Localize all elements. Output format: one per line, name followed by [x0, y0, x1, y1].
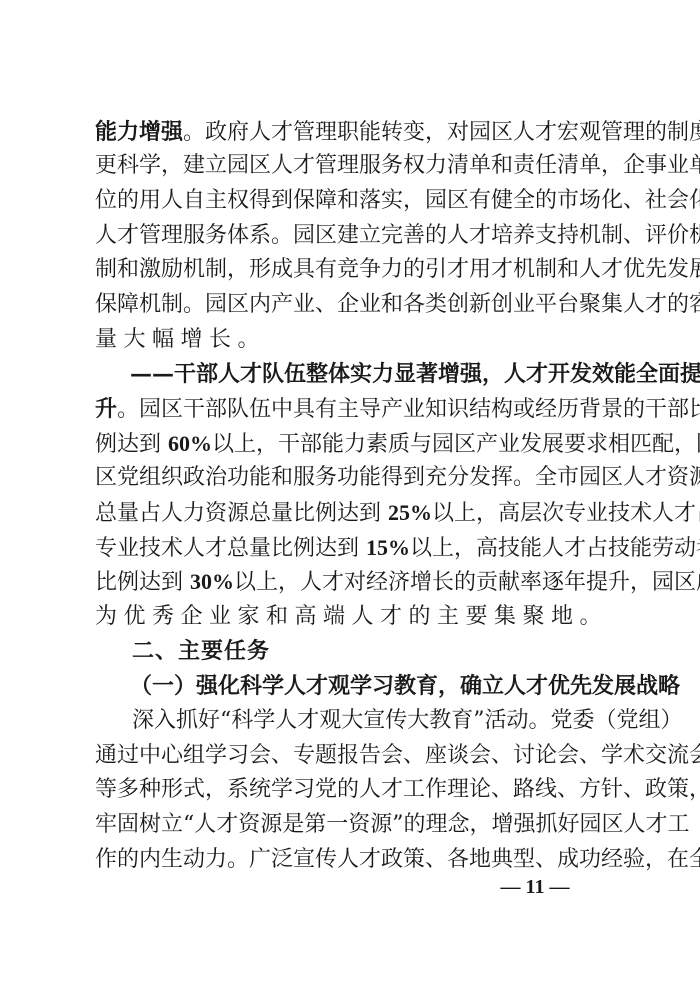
paragraph-line: 总量占人力资源总量比例达到 25%以上，高层次专业技术人才占 [95, 498, 612, 528]
body-text: 专业技术人才总量比例达到 [95, 536, 366, 561]
percentage-value: 30% [190, 569, 234, 594]
body-text: 以上，高层次专业技术人才占 [432, 501, 700, 526]
paragraph-line: 制和激励机制，形成具有竞争力的引才用才机制和人才优先发展 [95, 255, 612, 285]
body-text: 以上，人才对经济增长的贡献率逐年提升，园区成 [234, 570, 700, 595]
paragraph-line: 保障机制。园区内产业、企业和各类创新创业平台聚集人才的容 [95, 290, 612, 320]
body-text: 。政府人才管理职能转变，对园区人才宏观管理的制度 [183, 120, 700, 145]
paragraph-line: 位的用人自主权得到保障和落实，园区有健全的市场化、社会化 [95, 186, 612, 216]
paragraph-line: 通过中心组学习会、专题报告会、座谈会、讨论会、学术交流会 [95, 741, 612, 771]
document-page: 能力增强。政府人才管理职能转变，对园区人才宏观管理的制度 更科学，建立园区人才管… [0, 0, 700, 990]
percentage-value: 25% [388, 500, 432, 525]
paragraph-line: 升。园区干部队伍中具有主导产业知识结构或经历背景的干部比 [95, 394, 612, 424]
paragraph-line: 区党组织政治功能和服务功能得到充分发挥。全市园区人才资源 [95, 463, 612, 493]
paragraph-line: 更科学，建立园区人才管理服务权力清单和责任清单，企事业单 [95, 151, 612, 181]
paragraph-line: 牢固树立“人才资源是第一资源”的理念，增强抓好园区人才工 [95, 810, 612, 840]
paragraph-line-bold: ——干部人才队伍整体实力显著增强，人才开发效能全面提 [130, 359, 612, 389]
paragraph-line: 等多种形式，系统学习党的人才工作理论、路线、方针、政策， [95, 775, 612, 805]
paragraph-line: 能力增强。政府人才管理职能转变，对园区人才宏观管理的制度 [95, 117, 612, 147]
bold-lead-text: 能力增强 [95, 119, 183, 145]
section-heading: 二、主要任务 [132, 637, 612, 667]
paragraph-line: 比例达到 30%以上，人才对经济增长的贡献率逐年提升，园区成 [95, 567, 612, 597]
paragraph-line: 人才管理服务体系。园区建立完善的人才培养支持机制、评价机 [95, 221, 612, 251]
paragraph-line: 量大幅增长。 [95, 325, 612, 355]
body-text: 。园区干部队伍中具有主导产业知识结构或经历背景的干部比 [117, 397, 700, 422]
percentage-value: 15% [366, 535, 410, 560]
paragraph-line: 深入抓好“科学人才观大宣传大教育”活动。党委（党组） [132, 706, 612, 736]
body-text: 以上，高技能人才占技能劳动者 [410, 536, 700, 561]
paragraph-line: 例达到 60%以上，干部能力素质与园区产业发展要求相匹配，园 [95, 429, 612, 459]
body-text: 例达到 [95, 432, 168, 457]
paragraph-line: 专业技术人才总量比例达到 15%以上，高技能人才占技能劳动者 [95, 533, 612, 563]
page-number: — 11 — [500, 872, 570, 902]
body-text: 比例达到 [95, 570, 190, 595]
paragraph-line: 作的内生动力。广泛宣传人才政策、各地典型、成功经验，在全 [95, 845, 612, 875]
body-text: 总量占人力资源总量比例达到 [95, 501, 388, 526]
subsection-heading: （一）强化科学人才观学习教育，确立人才优先发展战略 [130, 671, 612, 701]
body-text: 以上，干部能力素质与园区产业发展要求相匹配，园 [212, 432, 700, 457]
paragraph-line: 为优秀企业家和高端人才的主要集聚地。 [95, 602, 612, 632]
percentage-value: 60% [168, 431, 212, 456]
bold-text: 升 [95, 396, 117, 422]
